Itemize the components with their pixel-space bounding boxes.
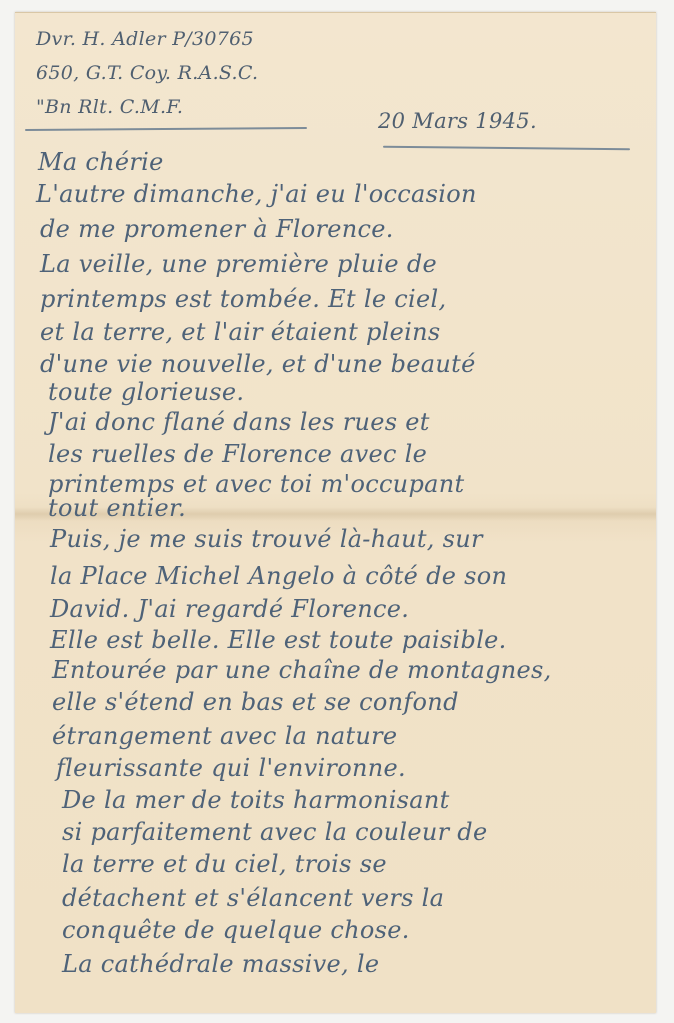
body-line: Elle est belle. Elle est toute paisible.: [50, 626, 507, 654]
body-line: elle s'étend en bas et se confond: [52, 688, 459, 716]
salutation: Ma chérie: [38, 148, 164, 176]
body-line: La veille, une première pluie de: [40, 250, 437, 278]
body-line: détachent et s'élancent vers la: [62, 884, 444, 912]
body-line: la terre et du ciel, trois se: [62, 850, 387, 878]
body-line: de me promener à Florence.: [40, 215, 394, 243]
body-line: De la mer de toits harmonisant: [62, 786, 450, 814]
body-line: conquête de quelque chose.: [62, 916, 410, 944]
body-line: La cathédrale massive, le: [62, 950, 379, 978]
body-line: tout entier.: [48, 494, 186, 522]
address-line-3: "Bn Rlt. C.M.F.: [36, 96, 183, 118]
body-line: Puis, je me suis trouvé là-haut, sur: [50, 525, 483, 553]
address-line-1: Dvr. H. Adler P/30765: [36, 28, 254, 50]
address-line-2: 650, G.T. Coy. R.A.S.C.: [36, 62, 258, 84]
body-line: J'ai donc flané dans les rues et: [48, 408, 430, 436]
body-line: David. J'ai regardé Florence.: [50, 595, 409, 623]
body-line: la Place Michel Angelo à côté de son: [50, 562, 507, 590]
body-line: d'une vie nouvelle, et d'une beauté: [40, 350, 476, 378]
body-line: fleurissante qui l'environne.: [56, 754, 406, 782]
body-line: L'autre dimanche, j'ai eu l'occasion: [36, 180, 477, 208]
body-line: les ruelles de Florence avec le: [48, 440, 427, 468]
body-line: printemps est tombée. Et le ciel,: [40, 285, 446, 313]
body-line: étrangement avec la nature: [52, 722, 397, 750]
body-line: toute glorieuse.: [48, 378, 244, 406]
body-line: Entourée par une chaîne de montagnes,: [52, 656, 552, 684]
body-line: si parfaitement avec la couleur de: [62, 818, 487, 846]
body-line: et la terre, et l'air étaient pleins: [40, 318, 440, 346]
letter-date: 20 Mars 1945.: [378, 109, 537, 133]
